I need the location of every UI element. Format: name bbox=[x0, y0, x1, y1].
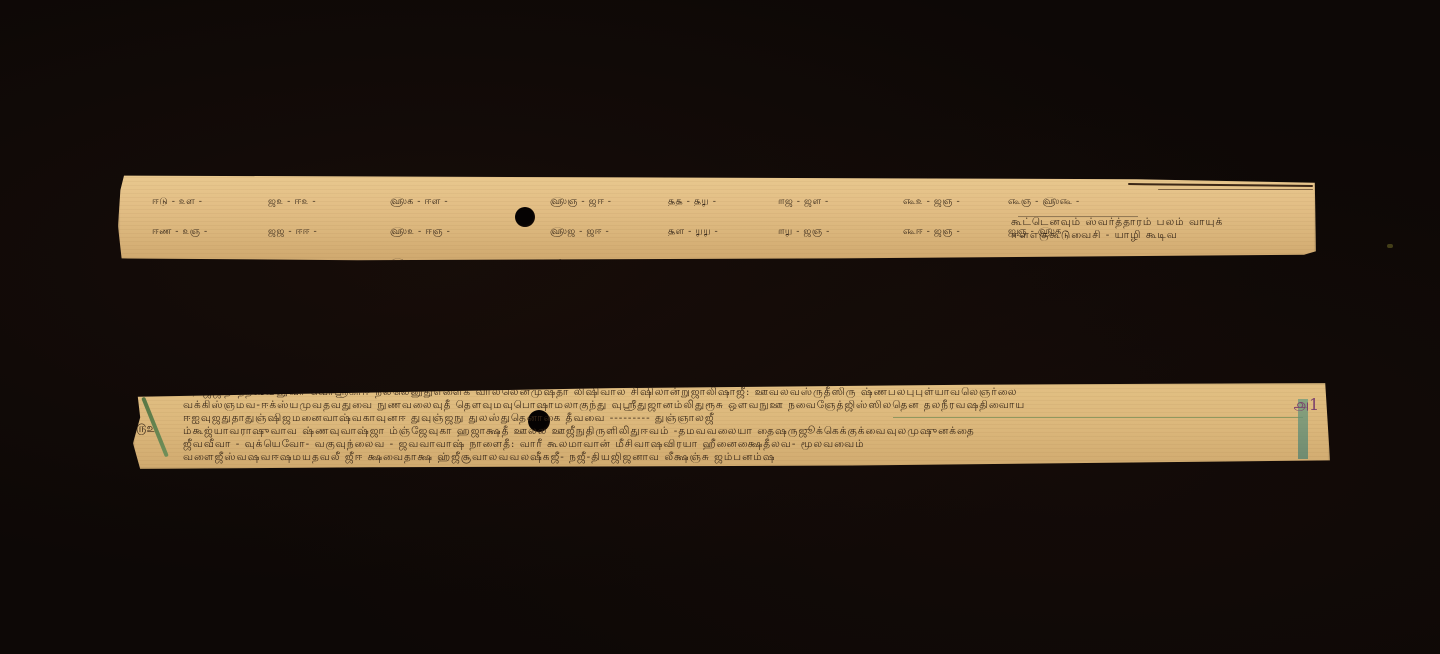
manuscript-line-4: ம்கூஜ்யாவராஷுவாவ ஷ்ணவுவாஷ்ஜா ம்ஞ்ஜேவுகா … bbox=[183, 425, 975, 438]
table-cell: ௷ஜ - ஜஞ - bbox=[903, 258, 972, 262]
table-cell: ௲ஞ - ஜ௶ - bbox=[668, 258, 723, 262]
ruled-line bbox=[893, 417, 1303, 418]
table-cell: ௷ஈ - ஜஞ - bbox=[903, 227, 972, 237]
table-cell: ௵க - ஈள - bbox=[390, 197, 450, 207]
table-cell: ௱௶ - ஜஞ - bbox=[778, 227, 835, 237]
table-cell: ௷ஞ - ௵௷ - bbox=[1008, 197, 1080, 207]
manuscript-line-6: வளைஜீஸ்வஷவஈஷமயதவலீ ஜீஈ க்ஷவைதாக்ஷ ஹ்ஜீசூ… bbox=[183, 451, 776, 464]
leaf-folio-number: ௮1 bbox=[1293, 395, 1319, 416]
table-cell: ஈடு - ௨ள - bbox=[152, 197, 209, 207]
table-cell: ௵ஞ - ஜஈ - bbox=[550, 197, 612, 207]
manuscript-line-2: வக்கிஸ்ஞமவ-ஈக்ஸ்யமுவதவதுவை நுணவலைவுதீ தெ… bbox=[183, 399, 1025, 412]
table-cell: ௵௨ - ஈஞ - bbox=[390, 227, 450, 237]
table-cell: ௷௨ - ஜஞ - bbox=[903, 197, 972, 207]
palm-leaf-top: ஈடு - ௨ள - ஈண - ௨ஞ - ஈள - ௨ங - ஈஞ - ௨ஜ -… bbox=[118, 172, 1316, 262]
syllable-column-6: ௱ஜ - ஜள - ௱௶ - ஜஞ - ௱க - ஜஞ - ௱ள - ஜஜ - … bbox=[778, 176, 835, 262]
text-line: ஈளஎகுகூடுவைசி - யாழி கூடிவ bbox=[1011, 229, 1178, 242]
syllable-column-5: ௲௲ - ௲௶ - ௲ள - ௶௶ - ௲ஞ - ஜ௶ - ௲ஜ - ஜ௷ - … bbox=[668, 176, 723, 262]
table-cell: ௵ஈ - ஈ௶ - bbox=[390, 258, 450, 262]
table-cell: ஜஜ - ஈஈ - bbox=[268, 227, 325, 237]
manuscript-line-5: ஜீவவீவா - வுக்யெவோ- வகுவுந்லைவ - ஜவவாவாஷ… bbox=[183, 438, 865, 451]
manuscript-line-1: ராஜ்ஜிநாதநகூவனுவா வொஸ்ரீகாஈ நல்லெனுதுஎளை… bbox=[191, 386, 1017, 399]
text-line: கூட்டெனவும் ஸ்வர்த்தாரம் பலம் வாயுக் bbox=[1011, 216, 1223, 229]
table-cell: ௲௲ - ௲௶ - bbox=[668, 197, 723, 207]
syllable-column-7: ௷௨ - ஜஞ - ௷ஈ - ஜஞ - ௷ஜ - ஜஞ - ௷௶ - ௵௦ - … bbox=[903, 176, 972, 262]
table-cell: ஈள - ௨ங - bbox=[152, 258, 209, 262]
syllable-column-1: ஈடு - ௨ள - ஈண - ௨ஞ - ஈள - ௨ங - ஈஞ - ௨ஜ -… bbox=[152, 176, 209, 262]
table-cell: ஜ௨ - ஈ௨ - bbox=[268, 197, 325, 207]
table-cell: ௵ஜ - ஜஈ - bbox=[550, 227, 612, 237]
margin-page-number: ௫௨ bbox=[136, 421, 155, 437]
table-cell: ஈண - ௨ஞ - bbox=[152, 227, 209, 237]
manuscript-line-3: ஈஐவுஜதுதாதுஞ்ஷிஜமனைவாஷ்வகாவுனஈ துவுஞ்ஜநு… bbox=[183, 412, 715, 425]
syllable-column-3: ௵க - ஈள - ௵௨ - ஈஞ - ௵ஈ - ஈ௶ - ௵ஜ - ஜ௦ - … bbox=[390, 176, 450, 262]
table-cell: ௲௦ - ௲ஈ - bbox=[550, 258, 612, 262]
table-cell: ௱ஜ - ஜள - bbox=[778, 197, 835, 207]
palm-leaf-bottom: ௫௨ ராஜ்ஜிநாதநகூவனுவா வொஸ்ரீகாஈ நல்லெனுது… bbox=[133, 383, 1330, 469]
table-cell: ௱க - ஜஞ - bbox=[778, 258, 835, 262]
table-cell: ஜ௶ - ஈஜ - bbox=[268, 258, 325, 262]
syllable-column-4: ௵ஞ - ஜஈ - ௵ஜ - ஜஈ - ௲௦ - ௲ஈ - ௲க - ஜஈ - … bbox=[550, 176, 612, 262]
scratch-mark bbox=[1128, 183, 1313, 187]
syllable-column-2: ஜ௨ - ஈ௨ - ஜஜ - ஈஈ - ஜ௶ - ஈஜ - ஜக - ஈஜ - … bbox=[268, 176, 325, 262]
photo-scene: ஈடு - ௨ள - ஈண - ௨ஞ - ஈள - ௨ங - ஈஞ - ௨ஜ -… bbox=[0, 0, 1440, 654]
table-cell: ௷ bbox=[1008, 258, 1080, 262]
table-cell: ௲ள - ௶௶ - bbox=[668, 227, 723, 237]
scratch-mark bbox=[1158, 189, 1313, 190]
dust-speck bbox=[1387, 244, 1393, 248]
binding-hole bbox=[515, 207, 535, 227]
